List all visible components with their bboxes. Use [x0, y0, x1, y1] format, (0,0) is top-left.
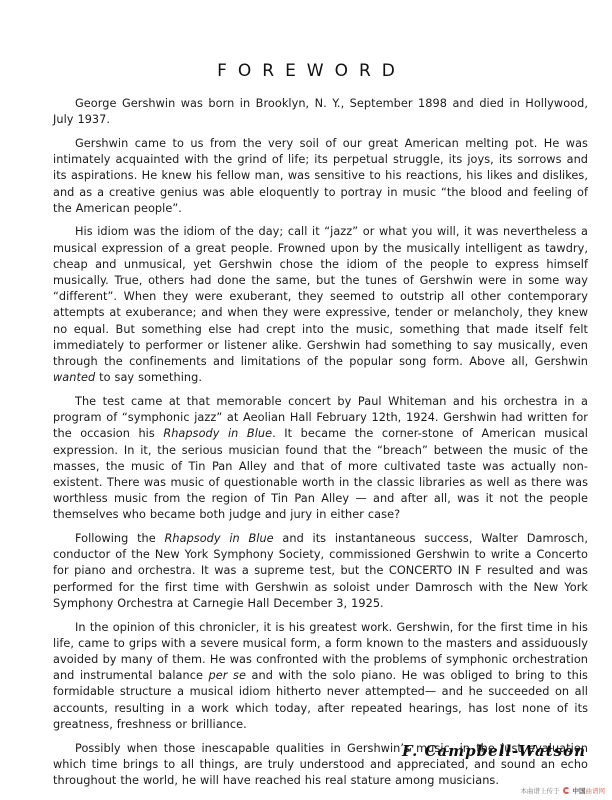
watermark-prefix: 本曲谱上传于: [521, 786, 560, 795]
author-signature: F. Campbell-Watson: [402, 742, 586, 760]
italic-title: Rhapsody in Blue: [163, 427, 272, 440]
paragraph: The test came at that memorable concert …: [53, 394, 588, 524]
paragraph: In the opinion of this chronicler, it is…: [53, 620, 588, 733]
watermark-site: 中国曲谱网: [573, 786, 606, 795]
italic-title: Rhapsody in Blue: [164, 532, 273, 545]
paragraph: His idiom was the idiom of the day; call…: [53, 224, 588, 386]
watermark: 本曲谱上传于 中国曲谱网: [521, 786, 606, 795]
paragraph: George Gershwin was born in Brooklyn, N.…: [53, 96, 588, 128]
page-title: FOREWORD: [0, 61, 612, 81]
red-c-logo-icon: [563, 787, 570, 794]
italic-title: wanted: [53, 371, 95, 384]
paragraph: Gershwin came to us from the very soil o…: [53, 136, 588, 217]
foreword-body: George Gershwin was born in Brooklyn, N.…: [53, 96, 588, 789]
paragraph: Following the Rhapsody in Blue and its i…: [53, 531, 588, 612]
italic-title: per se: [209, 669, 246, 682]
